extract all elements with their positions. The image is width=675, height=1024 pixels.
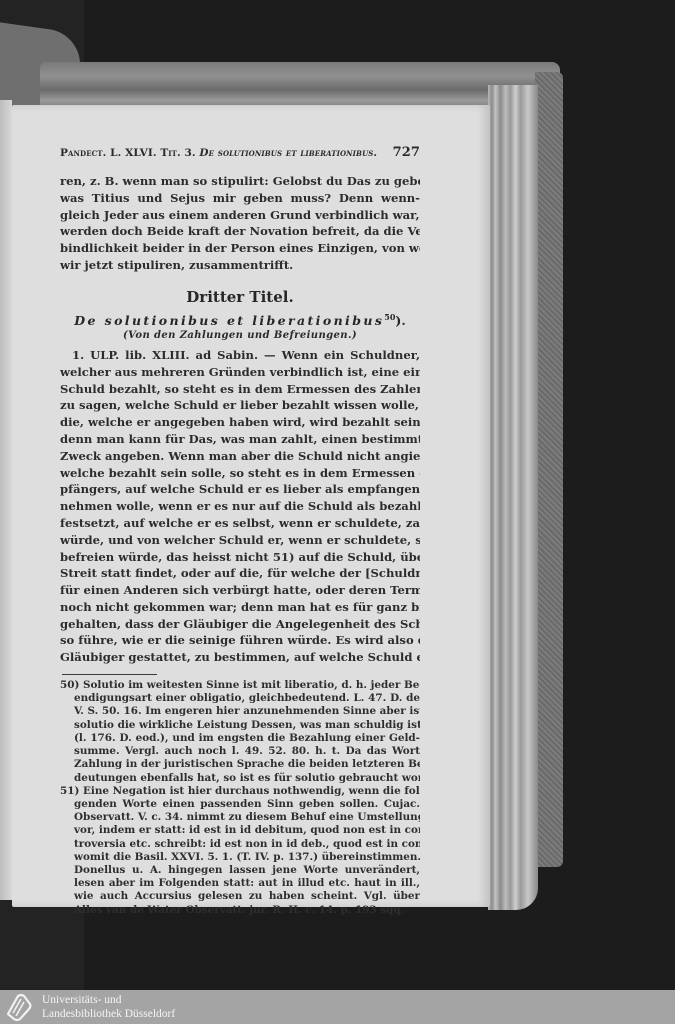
section-subtitle-text: De solutionibus et liberationibus <box>74 313 384 328</box>
footnote-line: V. S. 50. 16. Im engeren hier anzunehmen… <box>60 705 420 718</box>
footnote-line: deutungen ebenfalls hat, so ist es für s… <box>60 772 420 785</box>
text-line: 1. ULP. lib. XLIII. ad Sabin. — Wenn ein… <box>60 347 420 364</box>
footnote-51: 51) Eine Negation ist hier durchaus noth… <box>60 785 420 917</box>
footnote-line: genden Worte einen passenden Sinn geben … <box>60 798 420 811</box>
page-number: 727 <box>393 145 420 160</box>
text-line: wir jetzt stipuliren, zusammentrifft. <box>60 257 420 274</box>
footnote-line: 51) Eine Negation ist hier durchaus noth… <box>60 785 420 798</box>
text-line: würde, und von welcher Schuld er, wenn e… <box>60 532 420 549</box>
footnotes: 50) Solutio im weitesten Sinne ist mit l… <box>60 679 420 917</box>
footnote-line: vor, indem er statt: id est in id debitu… <box>60 824 420 837</box>
book-cover-spine-edge <box>535 72 563 867</box>
text-line: Gläubiger gestattet, zu bestimmen, auf w… <box>60 649 420 666</box>
footnote-ref: 50 <box>384 312 395 322</box>
footnote-line: 50) Solutio im weitesten Sinne ist mit l… <box>60 679 420 692</box>
text-line: pfängers, auf welche Schuld er es lieber… <box>60 481 420 498</box>
book-logo-icon[interactable] <box>2 990 36 1024</box>
running-head-prefix: Pandect. L. XLVI. Tit. 3. <box>60 147 196 159</box>
text-line: festsetzt, auf welche er es selbst, wenn… <box>60 515 420 532</box>
text-line: ren, z. B. wenn man so stipulirt: Gelobs… <box>60 173 420 190</box>
text-line: befreien würde, das heisst nicht 51) auf… <box>60 549 420 566</box>
running-head-title: De solutionibus et liberationibus. <box>199 147 377 159</box>
institution-line-2: Landesbibliothek Düsseldorf <box>42 1007 175 1021</box>
text-line: gleich Jeder aus einem anderen Grund ver… <box>60 207 420 224</box>
text-line: nehmen wolle, wenn er es nur auf die Sch… <box>60 498 420 515</box>
running-head: Pandect. L. XLVI. Tit. 3. De solutionibu… <box>60 145 420 163</box>
scanned-page-image: Pandect. L. XLVI. Tit. 3. De solutionibu… <box>0 0 675 990</box>
text-line: gehalten, dass der Gläubiger die Angeleg… <box>60 616 420 633</box>
footnote-line: Zahlung in der juristischen Sprache die … <box>60 758 420 771</box>
text-line: welcher aus mehreren Gründen verbindlich… <box>60 364 420 381</box>
institution-name[interactable]: Universitäts- und Landesbibliothek Düsse… <box>42 993 175 1021</box>
section-subtitle: De solutionibus et liberationibus50). <box>60 312 420 328</box>
footnote-line: solutio die wirkliche Leistung Dessen, w… <box>60 719 420 732</box>
text-line: denn man kann für Das, was man zahlt, ei… <box>60 431 420 448</box>
section-translation: (Von den Zahlungen und Befreiungen.) <box>60 330 420 341</box>
footnote-line: Observatt. V. c. 34. nimmt zu diesem Beh… <box>60 811 420 824</box>
text-line: so führe, wie er die seinige führen würd… <box>60 632 420 649</box>
intro-text: ren, z. B. wenn man so stipulirt: Gelobs… <box>60 173 420 274</box>
text-line: für einen Anderen sich verbürgt hatte, o… <box>60 582 420 599</box>
running-head-left: Pandect. L. XLVI. Tit. 3. De solutionibu… <box>60 147 377 159</box>
section-title: Dritter Titel. <box>60 288 420 306</box>
footnote-line: womit die Basil. XXVI. 5. 1. (T. IV. p. … <box>60 851 420 864</box>
institution-line-1: Universitäts- und <box>42 993 175 1007</box>
text-line: zu sagen, welche Schuld er lieber bezahl… <box>60 397 420 414</box>
text-line: noch nicht gekommen war; denn man hat es… <box>60 599 420 616</box>
text-line: Zweck angeben. Wenn man aber die Schuld … <box>60 448 420 465</box>
facing-page-sliver <box>0 100 12 900</box>
page-text-block: Pandect. L. XLVI. Tit. 3. De solutionibu… <box>60 145 420 917</box>
footnote-line: (l. 176. D. eod.), und im engsten die Be… <box>60 732 420 745</box>
footnote-line: summe. Vergl. auch noch l. 49. 52. 80. h… <box>60 745 420 758</box>
text-line: was Titius und Sejus mir geben muss? Den… <box>60 190 420 207</box>
library-footer: Universitäts- und Landesbibliothek Düsse… <box>0 990 675 1024</box>
book-page-edges <box>488 85 538 910</box>
footnote-line: endigungsart einer obligatio, gleichbede… <box>60 692 420 705</box>
footnote-divider <box>62 674 157 675</box>
text-line: Schuld bezahlt, so steht es in dem Ermes… <box>60 381 420 398</box>
footnote-line: troversia etc. schreibt: id est non in i… <box>60 838 420 851</box>
text-line: Streit statt findet, oder auf die, für w… <box>60 565 420 582</box>
footnote-line: wie auch Accursius gelesen zu haben sche… <box>60 890 420 903</box>
footnote-line: Alles van de Water Observatt. jur. R. II… <box>60 904 420 917</box>
footnote-line: lesen aber im Folgenden statt: aut in il… <box>60 877 420 890</box>
text-line: bindlichkeit beider in der Person eines … <box>60 240 420 257</box>
text-line: welche bezahlt sein solle, so steht es i… <box>60 465 420 482</box>
paragraph-1: 1. ULP. lib. XLIII. ad Sabin. — Wenn ein… <box>60 347 420 666</box>
text-line: werden doch Beide kraft der Novation bef… <box>60 223 420 240</box>
footnote-line: Donellus u. A. hingegen lassen jene Wort… <box>60 864 420 877</box>
footnote-50: 50) Solutio im weitesten Sinne ist mit l… <box>60 679 420 785</box>
text-line: die, welche er angegeben haben wird, wir… <box>60 414 420 431</box>
